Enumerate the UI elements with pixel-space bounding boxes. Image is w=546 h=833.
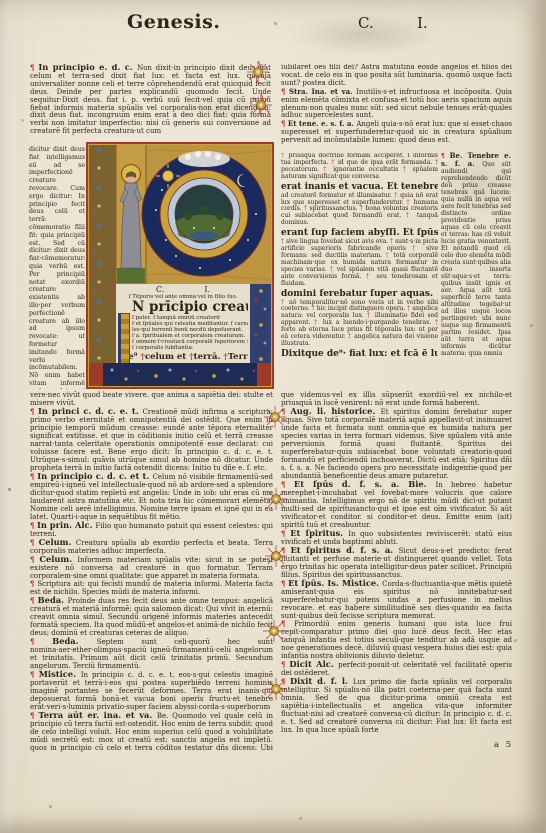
dagger-mark: † <box>360 205 363 212</box>
text-paragraph: ¶ Primordiū enim generis humani quo ista… <box>281 620 512 660</box>
gloss-lines: ſ pater. ſ tanquā omniū creatorū·ſ·et ſp… <box>132 315 248 351</box>
creation-miniature <box>116 144 272 284</box>
text-paragraph: ¶ Dicit Alc. perfecit·posuit·ut celerita… <box>281 660 512 677</box>
chapter-number: I. <box>417 14 428 32</box>
dagger-mark: † <box>247 339 248 345</box>
eden-landscape <box>175 185 233 243</box>
dagger-mark: † <box>366 273 372 280</box>
text-paragraph: ¶ In prin. Alc. Filio quo humanato patui… <box>30 521 273 538</box>
gloss-paragraph: † priusquā doctrine formam acciperet. ſ … <box>281 153 438 181</box>
dagger-mark: † <box>314 319 319 326</box>
text-paragraph: ¶ Et ſpiritus d. f. s. a. Sicut deus·s·e… <box>281 546 512 579</box>
text-paragraph: ¶ Et tene. e. s. f. a. Angeli quia·s·nō … <box>281 120 512 145</box>
lemma-lead: Et ſpiritus d. f. s. a. <box>290 545 398 555</box>
lemma-lead: Et tene. e. s. f. a. <box>288 119 356 128</box>
lemma-lead: Beda. <box>52 636 97 646</box>
illuminated-initial-I <box>118 313 130 363</box>
text-paragraph: ¶ Mistice. In principio c. d. c. e. t. e… <box>30 670 273 711</box>
pilcrow-mark: ¶ <box>30 670 39 679</box>
dagger-mark: † <box>367 312 371 319</box>
lemma-lead: Celum. <box>39 537 76 547</box>
dagger-mark: † <box>304 205 307 212</box>
column-margin-right: ¶ Be. Tenebre e. s. f. a. Quo sūt audien… <box>441 152 511 390</box>
text-paragraph: ¶ In principio e. d. c. Non dixit·in pri… <box>30 64 271 136</box>
lemma-lead: Et ſpiritus. <box>290 528 348 538</box>
incipit-body: N prīcipio creauit ſ pater. ſ tanquā omn… <box>118 300 248 363</box>
lemma-lead: Mistice. <box>39 669 81 679</box>
gloss-paragraph: ad creatorē formatur et illuminatur. † q… <box>281 193 438 228</box>
foxing-specks <box>0 0 1 1</box>
column-top-right: iubilarēt oēs filii dei? Astra matutina … <box>281 64 512 152</box>
incipit-block: C. I. ſ Tēporis·vel ante omnia·vel in fi… <box>116 284 250 363</box>
dagger-mark: † <box>407 199 411 206</box>
dagger-mark: † <box>330 266 334 273</box>
dagger-mark: † <box>394 192 397 199</box>
pilcrow-mark: ¶ <box>281 480 294 489</box>
text-paragraph: dicitur dixit deus fiat intelligamus eū … <box>29 146 85 389</box>
lemma-lead: Et ſpūs. Is. Mistice. <box>288 578 382 588</box>
pilcrow-mark: ¶ <box>30 538 39 547</box>
lemma-lead: In prin. Alc. <box>37 520 95 530</box>
dagger-mark: † <box>331 159 335 166</box>
incipit-text: N prīcipio creauit <box>132 300 248 315</box>
lemma-lead: Be. Tenebre e. s. f. a. <box>441 152 511 168</box>
lemma-lead: Dixit d. f. l. <box>290 676 353 686</box>
column-bottom-right: que videmus·vel ex illis sūpserūt exordi… <box>281 391 512 751</box>
text-paragraph: ¶ In principio c. d. c. et t. Celum nō v… <box>30 472 273 521</box>
pilcrow-mark: ¶ <box>281 407 290 416</box>
text-paragraph: ¶ Et ſpūs. Is. Mistice. Corda·s·fluctuan… <box>281 579 512 620</box>
lemma-lead: Dicit Alc. <box>289 659 338 669</box>
dagger-mark: † <box>406 212 412 219</box>
lemma-lead: Et ſpūs d. f. s. a. Bie. <box>294 479 436 489</box>
text-paragraph: ¶ Et ſpiritus. In quo subsistentes reviv… <box>281 529 512 546</box>
lemma-lead: Beda. <box>38 595 68 605</box>
pilcrow-mark: ¶ <box>30 521 37 530</box>
pilcrow-mark: ¶ <box>30 637 52 646</box>
text-paragraph: ¶ Dixit d. f. l. Lux primo die facta spū… <box>281 677 512 734</box>
chapter-label: C. <box>358 14 374 32</box>
lemma-line: Dixitque de⁹· fiat lux: et fcā ē lux <box>281 348 438 360</box>
dagger-mark: † <box>281 238 284 245</box>
text-paragraph: ¶ Be. Tenebre e. s. f. a. Quo sūt audien… <box>441 152 511 357</box>
dagger-mark: † <box>223 352 227 362</box>
gloss-paragraph: † sive lingua fovebat sicut avis ova. † … <box>281 239 438 287</box>
lemma-line: †de⁹ †celum et †terrā. †Terra autē <box>118 352 248 363</box>
text-paragraph: iubilarēt oēs filii dei? Astra matutina … <box>281 64 512 88</box>
text-paragraph: ¶ Et ſpūs d. f. s. a. Bie. In hebreo hab… <box>281 480 512 529</box>
pilcrow-mark: ¶ <box>30 555 39 564</box>
lemma-line: domini ferebatur ſuper aquas. <box>281 288 438 300</box>
lemma-lead: Celum. <box>39 554 77 564</box>
dagger-mark: † <box>348 333 352 340</box>
quire-signature: a 5 <box>494 740 513 750</box>
dagger-mark: † <box>189 352 193 362</box>
lemma-lead: In principio e. d. c. <box>38 64 137 72</box>
column-mid-right-gloss: † priusquā doctrine formam acciperet. ſ … <box>281 153 438 390</box>
dagger-mark: † <box>407 305 410 312</box>
text-paragraph: ¶ Celum. Informem materiam spūalis vite:… <box>30 555 273 580</box>
column-left-narrow: dicitur dixit deus fiat intelligamus eū … <box>29 146 85 389</box>
lemma-lead: In princi c. d. c. e. t. <box>38 406 143 416</box>
floral-border-right <box>250 284 272 363</box>
lemma-lead: In principio c. d. c. et t. <box>37 471 152 481</box>
dagger-mark: † <box>281 153 285 159</box>
dagger-mark: † <box>403 166 408 173</box>
lemma-lead: Terra aūt er. ina. et va. <box>39 710 157 720</box>
dagger-mark: † <box>435 159 438 166</box>
cosmos-miniature-svg <box>116 144 272 284</box>
dagger-mark: † <box>412 245 419 252</box>
text-paragraph: ¶ Terra aūt er. ina. et va. Be. Quomodo … <box>30 711 273 752</box>
panel-caption: C. I. <box>118 285 248 294</box>
floral-border-left <box>88 144 116 363</box>
dagger-mark: † <box>281 299 286 306</box>
dagger-mark: † <box>385 252 390 259</box>
text-paragraph: que videmus·vel ex illis sūpserūt exordi… <box>281 391 512 407</box>
lemma-line: erat inanis et vacua. Et tenebre <box>281 181 438 193</box>
pilcrow-mark: ¶ <box>281 119 288 128</box>
text-paragraph: ¶ Beda. Septem sunt celi·quorū hec sunt … <box>30 637 273 670</box>
text-paragraph: ¶ Stra. Ina. et va. Inutilis·s·et infruc… <box>281 88 512 121</box>
lemma-lead: Aug. li. historice. <box>290 406 380 416</box>
gloss-paragraph: ſ corporalis ſubſtantia. <box>132 345 248 351</box>
text-paragraph: ¶ Celum. Creatura spūalis ab exordio per… <box>30 538 273 555</box>
lemma-lead: Stra. Ina. et va. <box>289 87 356 96</box>
text-paragraph: vere·nec vivūt quod beate vivere. que an… <box>30 391 273 407</box>
pilcrow-mark: ¶ <box>281 529 290 538</box>
dagger-mark: † <box>312 305 315 312</box>
pilcrow-mark: ¶ <box>30 711 39 720</box>
text-paragraph: ¶ Beda. Proinde duas res fecit deus ante… <box>30 596 273 637</box>
pilcrow-mark: ¶ <box>30 579 37 588</box>
illuminated-panel: C. I. ſ Tēporis·vel ante omnia·vel in fi… <box>86 142 274 389</box>
dagger-mark: † <box>323 166 328 173</box>
pilcrow-mark: ¶ <box>281 677 290 686</box>
floral-border-bottom <box>88 363 272 387</box>
text-paragraph: ¶ Aug. li. historice. Et spiritus domini… <box>281 407 512 480</box>
text-paragraph: ¶ Scriptura ait: qui fecisti mundū de ma… <box>30 580 273 596</box>
text-paragraph: ¶ In princi c. d. c. e. t. Creationē mūd… <box>30 407 273 472</box>
pilcrow-mark: ¶ <box>30 596 38 605</box>
dagger-mark: † <box>435 319 438 326</box>
column-bottom-left: vere·nec vivūt quod beate vivere. que an… <box>30 391 273 752</box>
column-top-left: ¶ In principio e. d. c. Non dixit·in pri… <box>30 64 271 143</box>
angel-choir <box>178 151 230 167</box>
caption-chapter: C. <box>156 285 164 294</box>
pilcrow-mark: ¶ <box>281 619 294 628</box>
pilcrow-mark: ¶ <box>281 87 289 96</box>
caption-number: I. <box>204 285 210 294</box>
panel-lemma: †de⁹ †celum et †terrā. †Terra autē <box>118 352 248 363</box>
dagger-mark: † <box>390 238 393 245</box>
gloss-paragraph: † nō temporaliter·nō sono vocis ut in ve… <box>281 300 438 348</box>
dagger-mark: † <box>141 352 145 362</box>
manuscript-page: Genesis. C. I. ¶ In principio e. d. c. N… <box>0 0 546 833</box>
pilcrow-mark: ¶ <box>30 407 38 416</box>
running-title: Genesis. <box>127 11 220 33</box>
